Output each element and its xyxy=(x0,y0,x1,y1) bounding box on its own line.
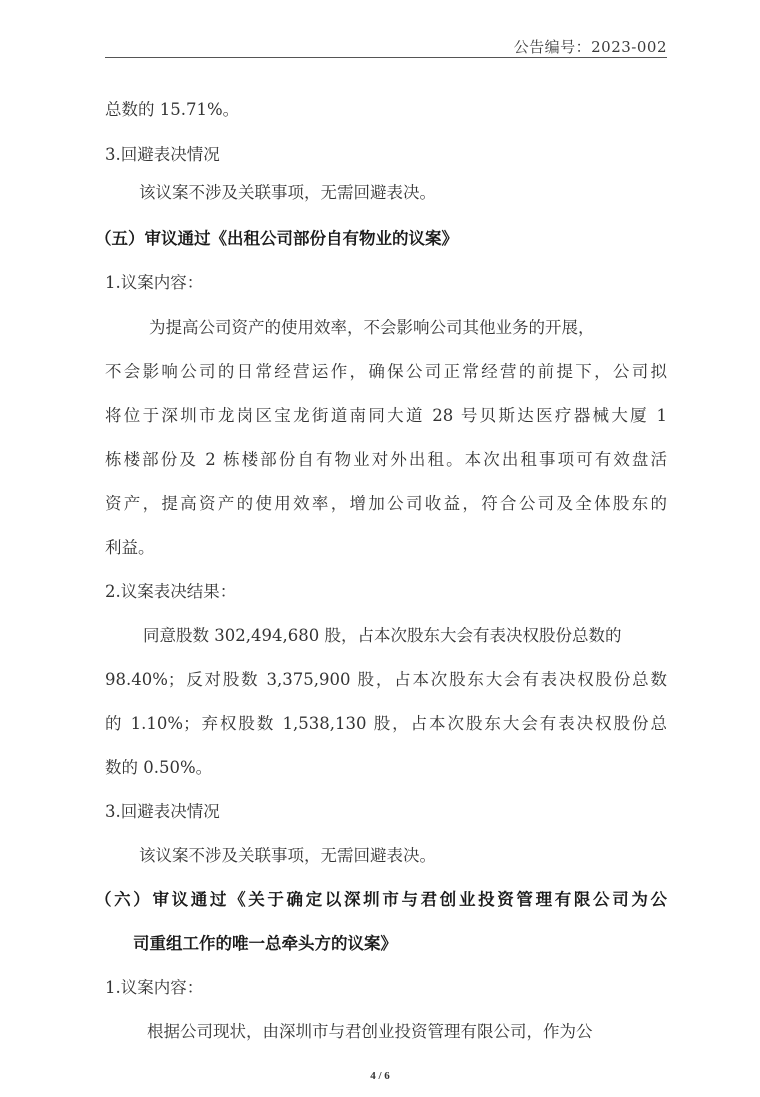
subheading-proposal-content: 1.议案内容： xyxy=(105,976,203,1000)
paragraph-line: 为提高公司资产的使用效率，不会影响公司其他业务的开展， xyxy=(149,316,595,340)
paragraph-line: 栋楼部份及 2 栋楼部份自有物业对外出租。本次出租事项可有效盘活 xyxy=(105,448,667,472)
paragraph-line: 数的 0.50%。 xyxy=(105,756,212,780)
section-heading-6: （六）审议通过《关于确定以深圳市与君创业投资管理有限公司为公 xyxy=(95,888,667,912)
paragraph-line: 同意股数 302,494,680 股，占本次股东大会有表决权股份总数的 xyxy=(143,624,621,648)
subheading-avoid-voting: 3.回避表决情况 xyxy=(105,800,220,824)
paragraph-line: 资产，提高资产的使用效率，增加公司收益，符合公司及全体股东的 xyxy=(105,492,667,516)
paragraph-line: 根据公司现状，由深圳市与君创业投资管理有限公司，作为公 xyxy=(147,1020,667,1044)
subheading-avoid-voting: 3.回避表决情况 xyxy=(105,143,220,167)
subheading-proposal-content: 1.议案内容： xyxy=(105,271,203,295)
paragraph-line: 利益。 xyxy=(105,536,155,560)
subheading-voting-result: 2.议案表决结果： xyxy=(105,580,236,604)
paragraph-line: 该议案不涉及关联事项，无需回避表决。 xyxy=(139,181,436,205)
paragraph-line: 该议案不涉及关联事项，无需回避表决。 xyxy=(139,844,436,868)
header-divider xyxy=(105,57,667,58)
paragraph-line: 98.40%；反对股数 3,375,900 股，占本次股东大会有表决权股份总数 xyxy=(105,668,667,692)
section-heading-5: （五）审议通过《出租公司部份自有物业的议案》 xyxy=(95,227,458,251)
paragraph-line: 的 1.10%；弃权股数 1,538,130 股，占本次股东大会有表决权股份总 xyxy=(105,712,667,736)
paragraph-line: 总数的 15.71%。 xyxy=(105,98,239,122)
paragraph-line: 将位于深圳市龙岗区宝龙街道南同大道 28 号贝斯达医疗器械大厦 1 xyxy=(105,404,667,428)
announcement-number: 公告编号：2023-002 xyxy=(105,36,667,56)
paragraph-line: 不会影响公司的日常经营运作，确保公司正常经营的前提下，公司拟 xyxy=(105,360,667,384)
section-heading-6-continued: 司重组工作的唯一总牵头方的议案》 xyxy=(133,932,397,956)
page-number: 4 / 6 xyxy=(0,1070,760,1082)
